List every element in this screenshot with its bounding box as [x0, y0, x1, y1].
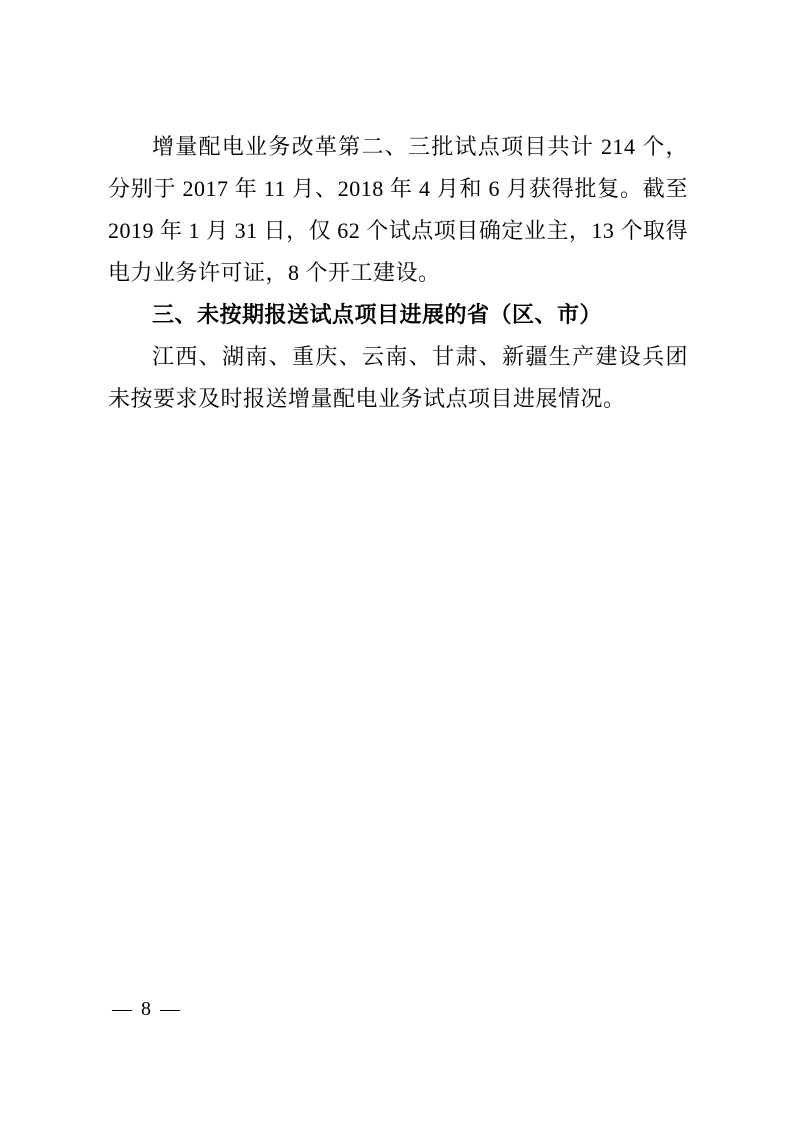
paragraph-pilot-projects: 增量配电业务改革第二、三批试点项目共计 214 个，分别于 2017 年 11 …: [108, 126, 688, 294]
page-number: — 8 —: [112, 996, 182, 1022]
document-body: 增量配电业务改革第二、三批试点项目共计 214 个，分别于 2017 年 11 …: [108, 126, 688, 420]
paragraph-provinces: 江西、湖南、重庆、云南、甘肃、新疆生产建设兵团未按要求及时报送增量配电业务试点项…: [108, 336, 688, 420]
document-page: 增量配电业务改革第二、三批试点项目共计 214 个，分别于 2017 年 11 …: [0, 0, 793, 1122]
section-heading: 三、未按期报送试点项目进展的省（区、市）: [108, 294, 688, 336]
